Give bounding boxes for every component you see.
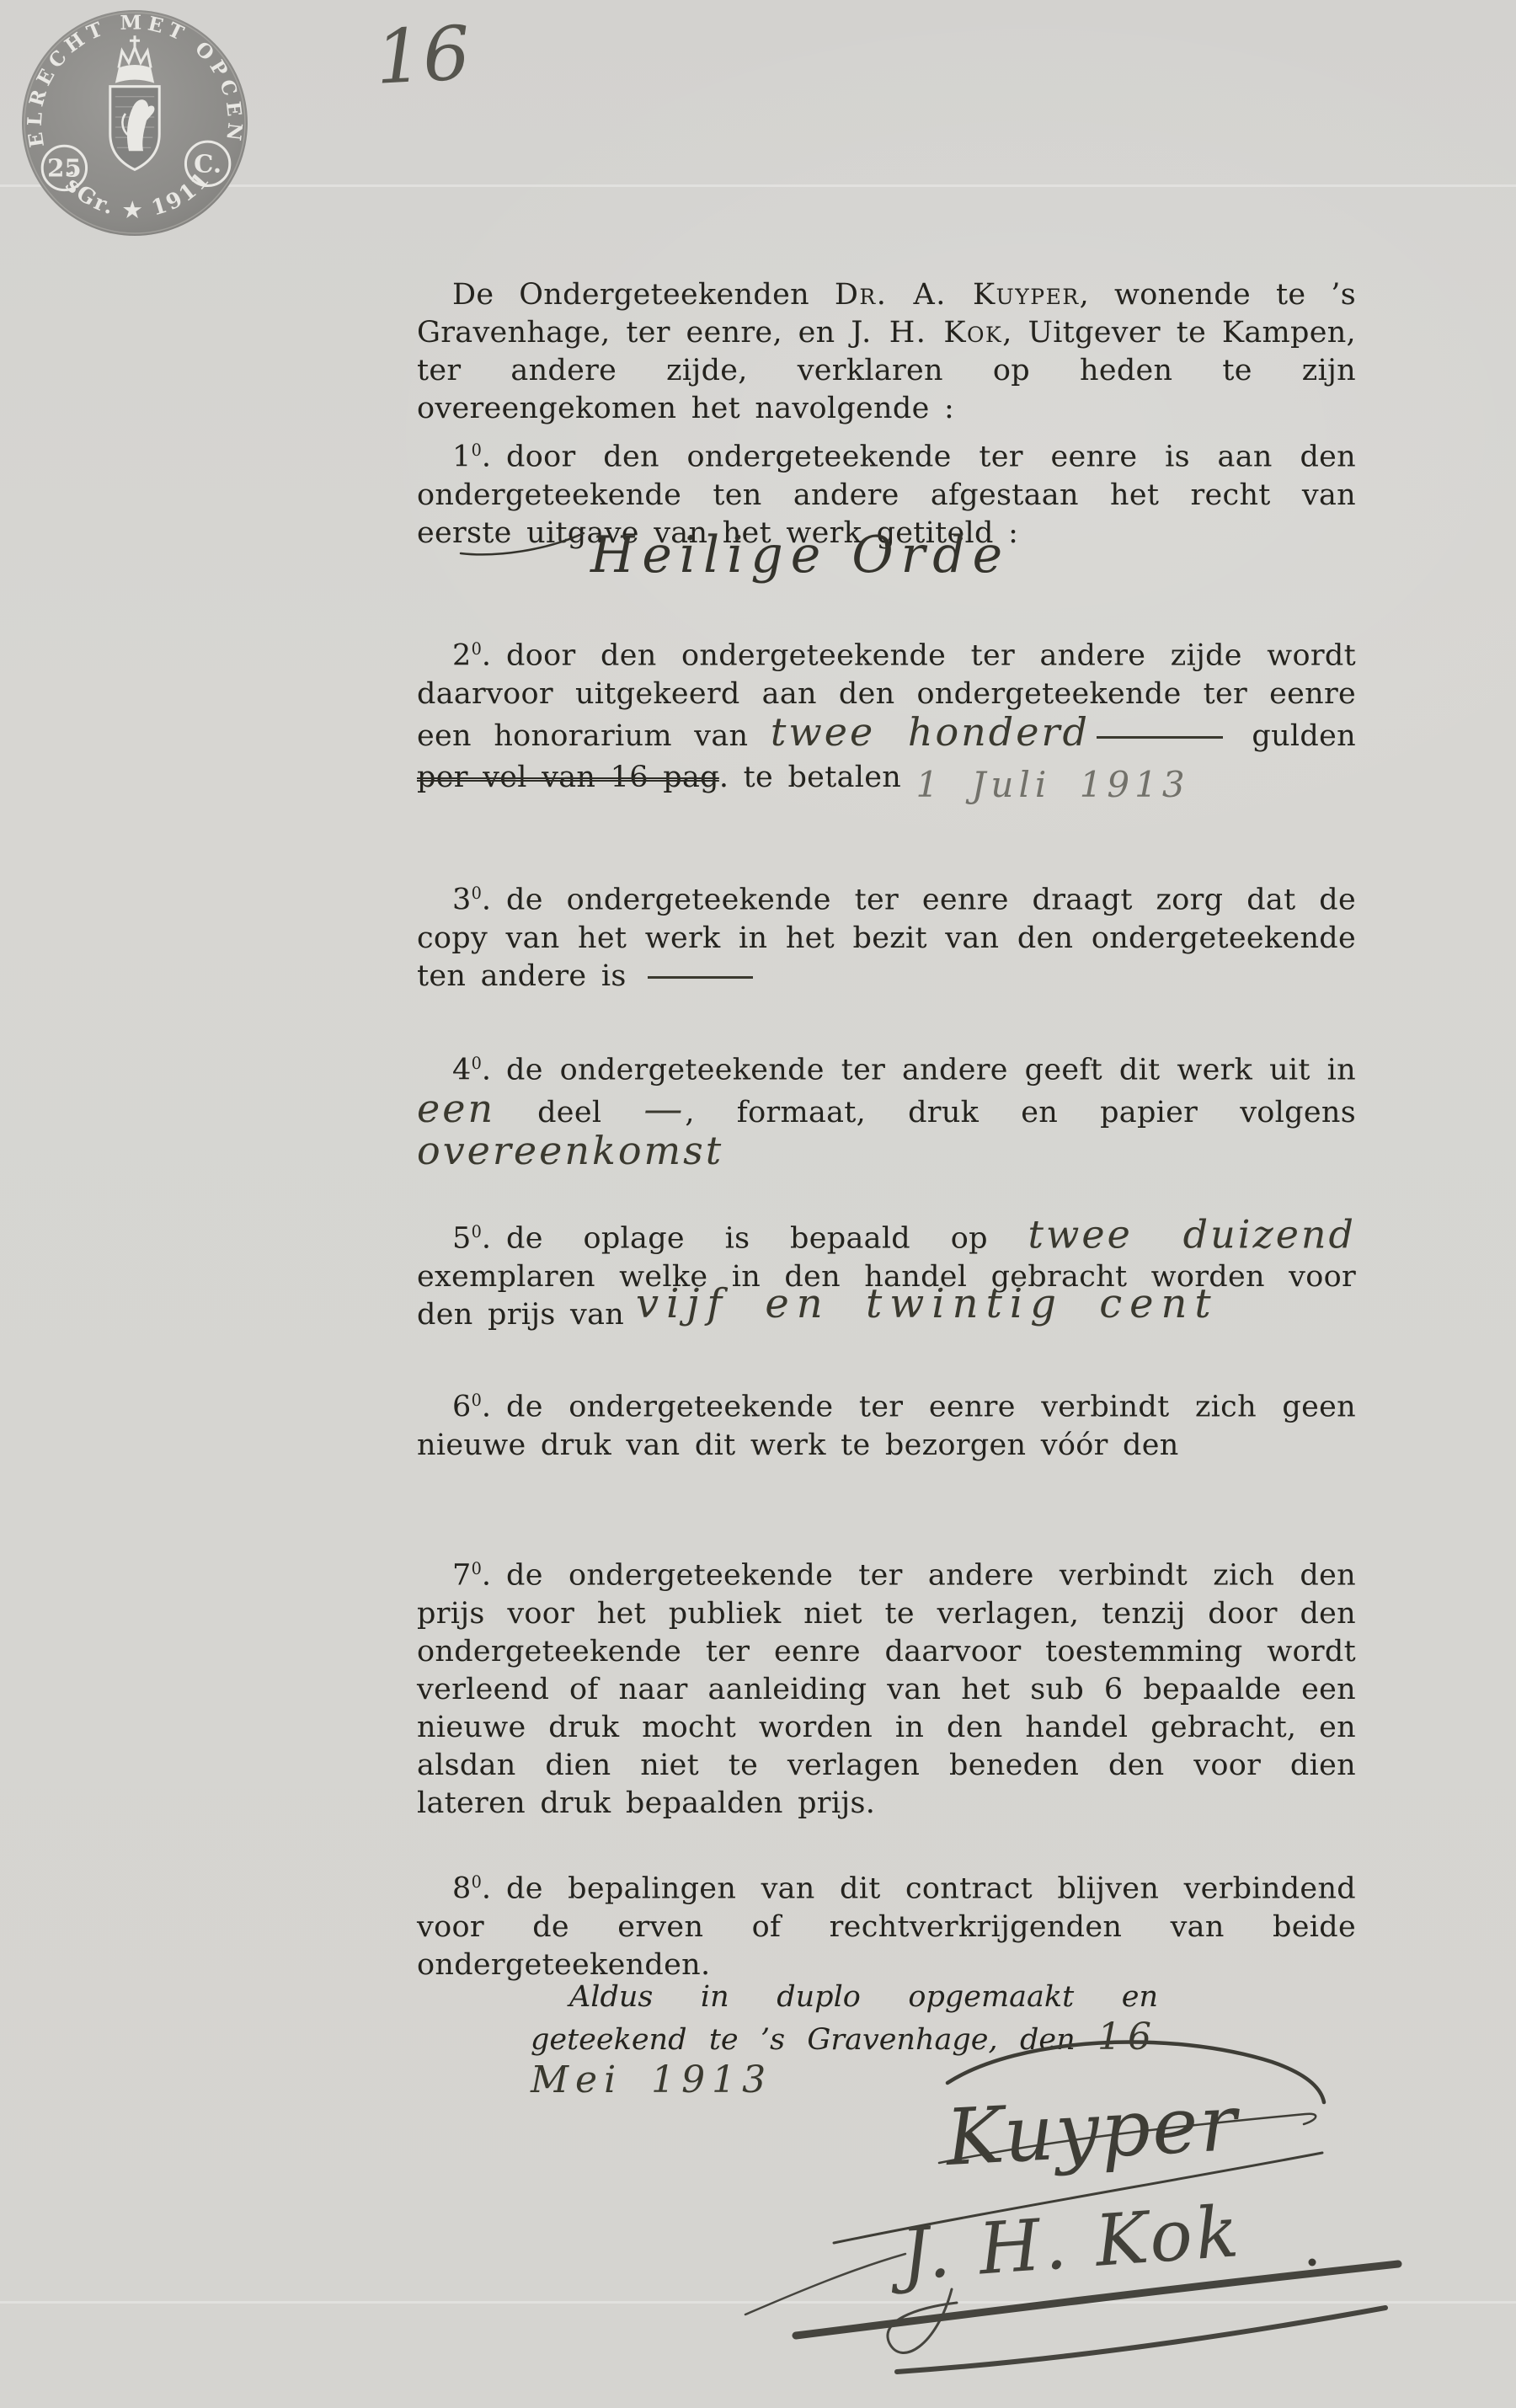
text-segment: 3 bbox=[452, 884, 472, 917]
text-segment: deel bbox=[495, 1096, 643, 1129]
text-segment: per vel van 16 pag bbox=[417, 761, 719, 794]
text-segment: J. H. Kok bbox=[851, 316, 1002, 350]
signature-lead-stroke bbox=[745, 2254, 905, 2315]
handwritten-title-text: Heilige Orde bbox=[590, 526, 1010, 585]
clause-8: 80. de bepalingen van dit contract blijv… bbox=[417, 1863, 1356, 1984]
text-segment: overeenkomst bbox=[417, 1128, 723, 1173]
text-segment bbox=[648, 976, 753, 979]
signature-kuyper-name: Kuyper bbox=[942, 2078, 1243, 2183]
text-segment: 0 bbox=[472, 884, 482, 903]
text-segment: 0 bbox=[472, 440, 482, 460]
clause-2: 20. door den ondergeteekende ter andere … bbox=[417, 630, 1356, 797]
text-segment bbox=[1097, 736, 1223, 739]
text-segment: . de ondergeteekende ter andere verbindt… bbox=[417, 1559, 1356, 1820]
signature-kok-name: J. H. Kok bbox=[886, 2190, 1245, 2297]
contract-page: { "page": { "folio": "16" }, "stamp": { … bbox=[0, 0, 1516, 2408]
text-segment: 5 bbox=[452, 1222, 472, 1256]
text-segment: 4 bbox=[452, 1054, 472, 1087]
clause-4: 40. de ondergeteekende ter andere geeft … bbox=[417, 1044, 1356, 1174]
text-segment: 6 bbox=[452, 1391, 472, 1424]
clause-3: 30. de ondergeteekende ter eenre draagt … bbox=[417, 874, 1356, 996]
text-segment: 1 bbox=[452, 440, 472, 474]
text-segment: 1 Juli 1913 bbox=[916, 764, 1190, 805]
text-segment: . de ondergeteekende ter eenre verbindt … bbox=[417, 1391, 1356, 1462]
text-segment: 0 bbox=[472, 1054, 482, 1073]
text-segment: 0 bbox=[472, 1872, 482, 1892]
text-segment: De Ondergeteekenden bbox=[452, 278, 835, 312]
signature-kok: J. H. Kok bbox=[745, 2190, 1398, 2372]
text-segment: — bbox=[643, 1086, 685, 1131]
text-segment: . de ondergeteekende ter andere geeft di… bbox=[482, 1054, 1356, 1087]
text-segment: 0 bbox=[472, 1559, 482, 1578]
clause-6: 60. de ondergeteekende ter eenre verbind… bbox=[417, 1381, 1356, 1465]
clause-7: 70. de ondergeteekende ter andere verbin… bbox=[417, 1550, 1356, 1823]
text-segment: 8 bbox=[452, 1872, 472, 1906]
svg-text:25: 25 bbox=[47, 153, 82, 182]
text-segment: 7 bbox=[452, 1559, 472, 1593]
text-segment: 0 bbox=[472, 639, 482, 659]
text-segment: . de oplage is bepaald op bbox=[482, 1222, 1028, 1256]
text-segment: gulden bbox=[1230, 719, 1356, 753]
text-segment: twee honderd bbox=[771, 709, 1090, 755]
text-segment: 2 bbox=[452, 639, 472, 673]
handwritten-price: vijf en twintig cent bbox=[636, 1280, 1219, 1327]
text-segment: Dr. A. Kuyper bbox=[835, 278, 1080, 312]
text-segment: twee duizend bbox=[1028, 1212, 1356, 1257]
text-segment: . de bepalingen van dit contract blijven… bbox=[417, 1872, 1356, 1982]
flourish-icon bbox=[459, 528, 585, 558]
handwritten-title: Heilige Orde bbox=[459, 526, 1010, 585]
revenue-stamp: ZEGELRECHT MET OPCENTEN ’sGr. ★ 1911 25 … bbox=[20, 8, 249, 238]
svg-text:C.: C. bbox=[194, 149, 222, 178]
signature-block: Kuyper J. H. Kok bbox=[699, 2037, 1499, 2399]
text-segment: een bbox=[417, 1086, 495, 1131]
pencil-folio-number: 16 bbox=[373, 9, 472, 101]
signature-period-dot bbox=[1309, 2259, 1316, 2267]
text-segment: . de ondergeteekende ter eenre draagt zo… bbox=[417, 884, 1356, 993]
text-segment: . te betalen bbox=[719, 761, 916, 794]
text-segment: 0 bbox=[472, 1222, 482, 1241]
intro-paragraph: De Ondergeteekenden Dr. A. Kuyper, wonen… bbox=[417, 276, 1356, 428]
text-segment: 0 bbox=[472, 1391, 482, 1410]
text-segment: , formaat, druk en papier volgens bbox=[685, 1096, 1356, 1129]
